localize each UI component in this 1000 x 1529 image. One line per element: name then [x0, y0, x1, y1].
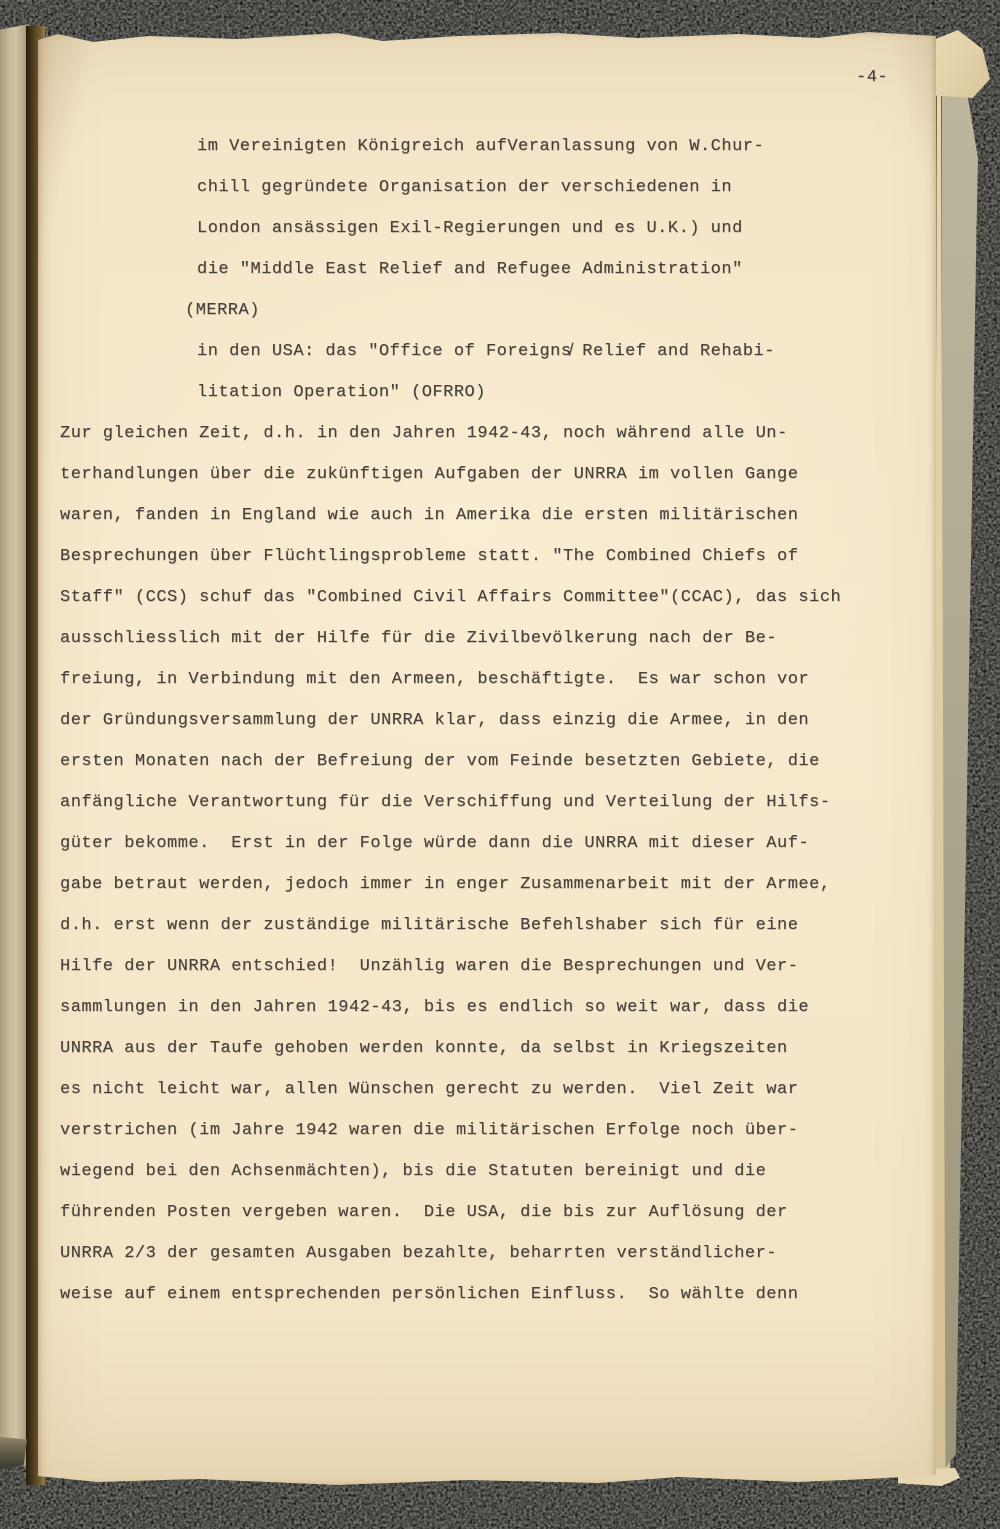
book-cover-edge-shadow — [0, 1437, 27, 1469]
paragraph-line: ausschliesslich mit der Hilfe für die Zi… — [60, 618, 920, 659]
paragraph-line: führenden Posten vergeben waren. Die USA… — [60, 1192, 920, 1233]
paragraph-line: anfängliche Verantwortung für die Versch… — [60, 782, 920, 823]
paragraph-line: verstrichen (im Jahre 1942 waren die mil… — [60, 1110, 920, 1151]
quote-line: (MERRA) — [60, 290, 920, 331]
quote-line: in den USA: das "Office of Foreigns̸ Rel… — [60, 331, 920, 372]
paragraph-line: güter bekomme. Erst in der Folge würde d… — [60, 823, 920, 864]
paragraph-line: Staff" (CCS) schuf das "Combined Civil A… — [60, 577, 920, 618]
paragraph-line: wiegend bei den Achsenmächten), bis die … — [60, 1151, 920, 1192]
paragraph-line: ersten Monaten nach der Befreiung der vo… — [60, 741, 920, 782]
quote-line: im Vereinigten Königreich aufVeranlassun… — [60, 126, 920, 167]
quote-line: chill gegründete Organisation der versch… — [60, 167, 920, 208]
paragraph-line: Besprechungen über Flüchtlingsprobleme s… — [60, 536, 920, 577]
paragraph-line: sammlungen in den Jahren 1942-43, bis es… — [60, 987, 920, 1028]
quote-line: London ansässigen Exil-Regierungen und e… — [60, 208, 920, 249]
paragraph-line: d.h. erst wenn der zuständige militärisc… — [60, 905, 920, 946]
paragraph-line: gabe betraut werden, jedoch immer in eng… — [60, 864, 920, 905]
quote-line: die "Middle East Relief and Refugee Admi… — [60, 249, 920, 290]
paragraph-line: Zur gleichen Zeit, d.h. in den Jahren 19… — [60, 413, 920, 454]
paragraph-line: terhandlungen über die zukünftigen Aufga… — [60, 454, 920, 495]
book-cover-edge — [0, 24, 29, 1472]
paragraph-line: Hilfe der UNRRA entschied! Unzählig ware… — [60, 946, 920, 987]
quote-line: litation Operation" (OFRRO) — [60, 372, 920, 413]
paragraph-line: UNRRA 2/3 der gesamten Ausgaben bezahlte… — [60, 1233, 920, 1274]
paragraph-line: freiung, in Verbindung mit den Armeen, b… — [60, 659, 920, 700]
page-number: -4- — [856, 68, 888, 87]
paragraph-line: waren, fanden in England wie auch in Ame… — [60, 495, 920, 536]
paragraph-line: weise auf einem entsprechenden persönlic… — [60, 1274, 920, 1315]
typewritten-text: im Vereinigten Königreich aufVeranlassun… — [60, 126, 920, 1315]
paragraph-line: der Gründungsversammlung der UNRRA klar,… — [60, 700, 920, 741]
scanned-page: -4- im Vereinigten Königreich aufVeranla… — [38, 30, 936, 1485]
paragraph-line: UNRRA aus der Taufe gehoben werden konnt… — [60, 1028, 920, 1069]
paragraph-line: es nicht leicht war, allen Wünschen gere… — [60, 1069, 920, 1110]
